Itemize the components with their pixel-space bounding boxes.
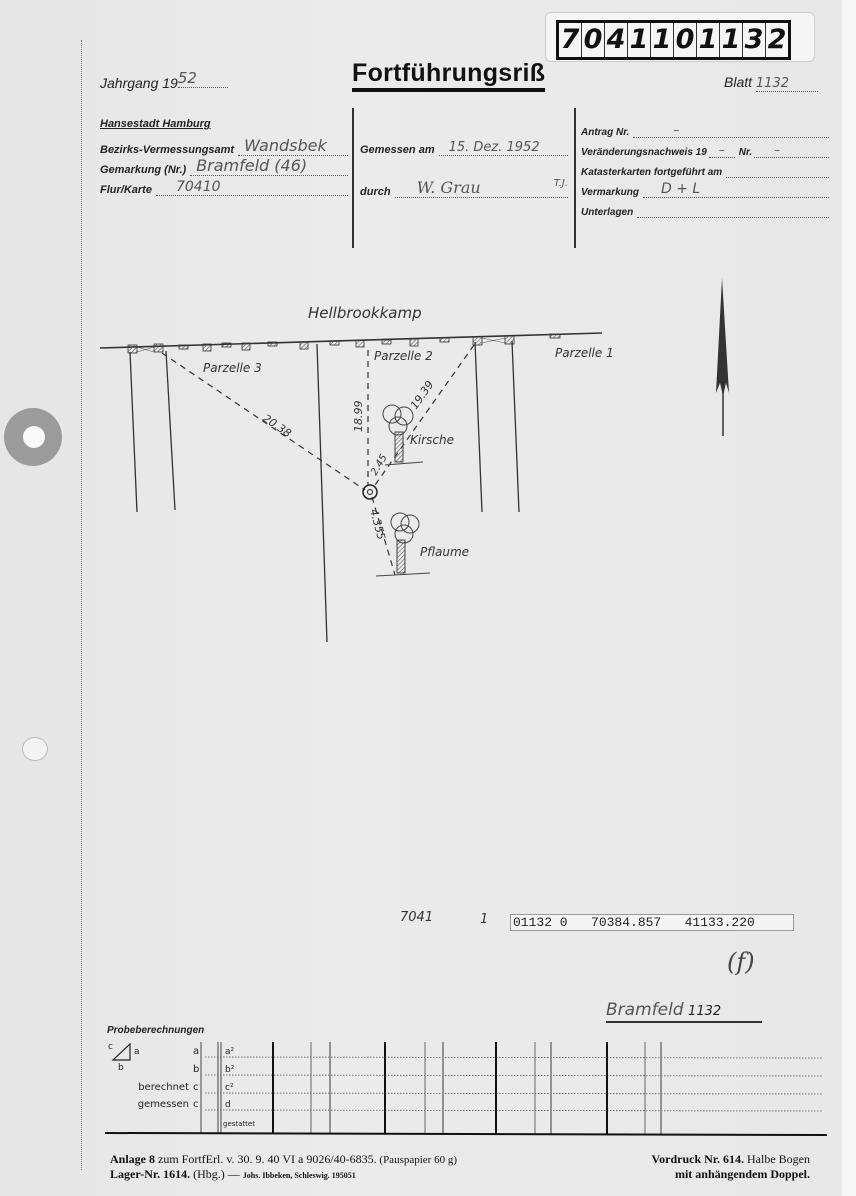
probe-row-var: a xyxy=(193,1046,199,1057)
probe-row-var: b xyxy=(193,1064,199,1075)
probe-table: c a b aa²bb²berechnetcc²gemessencdgestat… xyxy=(105,1040,835,1140)
circled-letter: (f) xyxy=(727,948,755,976)
probe-title: Probeberechnungen xyxy=(107,1025,204,1036)
parcel-label: Parzelle 3 xyxy=(203,361,262,375)
triangle-label: c xyxy=(108,1042,113,1052)
probe-row-label: berechnet xyxy=(138,1082,189,1093)
probe-row-square: a² xyxy=(225,1047,235,1057)
footer-text: Johs. Ibbeken, Schleswig. 195051 xyxy=(243,1171,356,1180)
probe-last-row: gestattet xyxy=(223,1120,255,1128)
footer-text: Lager-Nr. 1614. xyxy=(110,1167,190,1181)
location-name: Bramfeld xyxy=(606,1000,684,1020)
probe-row-square: b² xyxy=(225,1065,235,1075)
footer-text: Anlage 8 xyxy=(110,1152,155,1166)
tree-label: Kirsche xyxy=(410,433,454,447)
probe-row-var: c xyxy=(193,1099,199,1110)
probe-row-square: d xyxy=(225,1100,231,1110)
footer-text: zum FortfErl. v. 30. 9. 40 VI a 9026/40-… xyxy=(155,1152,377,1166)
survey-sketch: Hellbrookkamp Parzelle 3 Parzelle 2 Parz… xyxy=(0,0,856,700)
footer-text: (Pauspapier 60 g) xyxy=(377,1154,457,1166)
probe-row-square: c² xyxy=(225,1083,234,1093)
measurement-value: 20.38 xyxy=(260,412,293,440)
footer-text: Vordruck Nr. 614. xyxy=(652,1152,744,1166)
tree-label: Pflaume xyxy=(420,545,469,559)
survey-point-icon xyxy=(363,485,377,499)
parcel-boundaries xyxy=(130,341,519,642)
probe-row-label: gemessen xyxy=(138,1099,189,1110)
location-reference: Bramfeld 1132 xyxy=(606,1000,762,1023)
measurement-value: 18.99 xyxy=(352,401,365,433)
coord-prefix: 7041 xyxy=(400,910,433,925)
triangle-label: b xyxy=(118,1063,124,1073)
footer-right: Vordruck Nr. 614. Halbe Bogen mit anhäng… xyxy=(638,1152,810,1182)
street-boundary-line xyxy=(100,333,602,348)
coord-index: 1 xyxy=(480,912,488,927)
coordinate-label: 01132 0 70384.857 41133.220 xyxy=(510,914,794,931)
north-arrow-icon xyxy=(716,278,729,436)
punch-hole-icon xyxy=(22,737,48,761)
footer-left: Anlage 8 zum FortfErl. v. 30. 9. 40 VI a… xyxy=(110,1152,457,1182)
triangle-label: a xyxy=(134,1047,140,1057)
footer-text: mit anhängendem Doppel. xyxy=(675,1167,810,1181)
probe-row-var: c xyxy=(193,1082,199,1093)
measurement-value: 19.39 xyxy=(408,378,437,411)
parcel-label: Parzelle 2 xyxy=(374,349,433,363)
footer-text: Halbe Bogen xyxy=(744,1152,810,1166)
measurement-value: 4.355 xyxy=(367,507,388,541)
location-number: 1132 xyxy=(688,1004,721,1019)
triangle-icon xyxy=(113,1044,130,1060)
street-name: Hellbrookkamp xyxy=(308,304,422,322)
parcel-label: Parzelle 1 xyxy=(555,346,614,360)
footer-text: (Hbg.) — xyxy=(190,1167,243,1181)
